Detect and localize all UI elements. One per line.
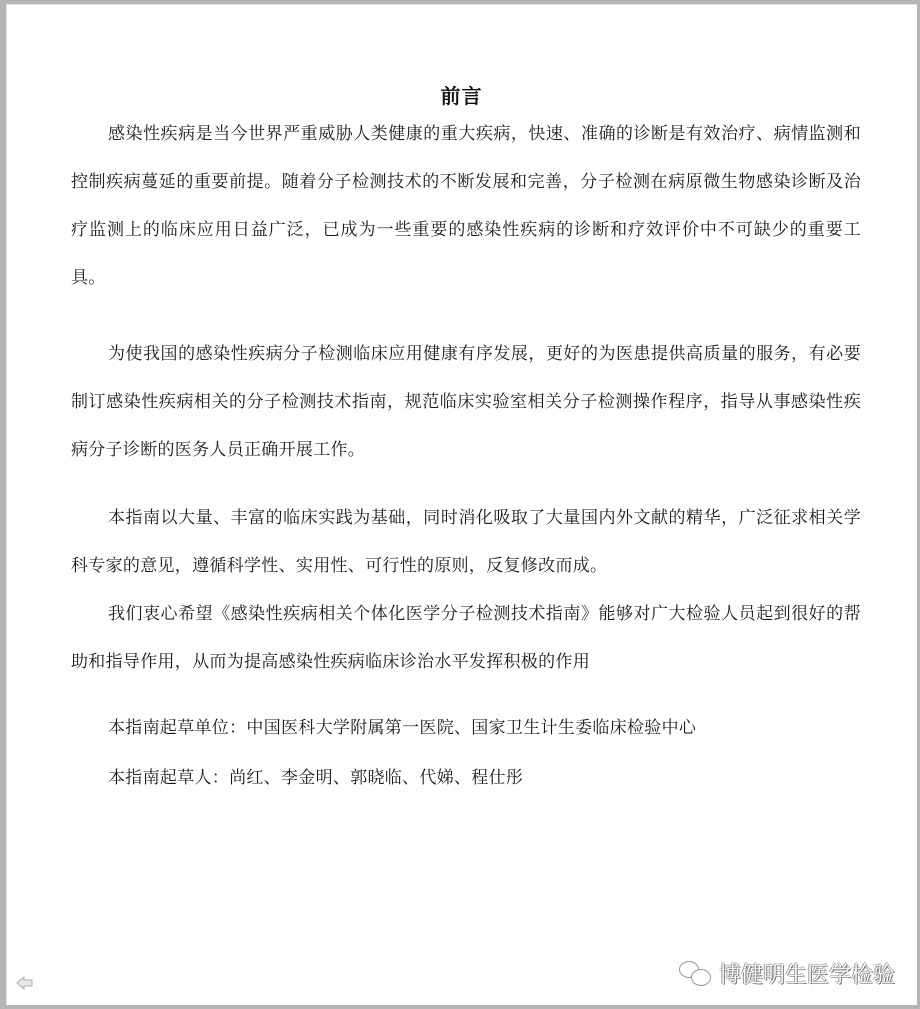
watermark: 博健明生医学检验 bbox=[679, 958, 895, 989]
paragraph-1: 感染性疾病是当今世界严重威胁人类健康的重大疾病，快速、准确的诊断是有效治疗、病情… bbox=[71, 110, 861, 302]
watermark-text: 博健明生医学检验 bbox=[719, 958, 895, 989]
back-arrow-icon[interactable] bbox=[16, 975, 34, 991]
drafters: 本指南起草人：尚红、李金明、郭晓临、代娣、程仕彤 bbox=[108, 763, 523, 788]
drafting-unit: 本指南起草单位：中国医科大学附属第一医院、国家卫生计生委临床检验中心 bbox=[108, 713, 696, 738]
paragraph-2: 为使我国的感染性疾病分子检测临床应用健康有序发展，更好的为医患提供高质量的服务，… bbox=[71, 330, 861, 474]
viewer-frame: 前言 感染性疾病是当今世界严重威胁人类健康的重大疾病，快速、准确的诊断是有效治疗… bbox=[0, 0, 920, 1009]
document-title: 前言 bbox=[6, 80, 917, 109]
paragraph-4: 我们衷心希望《感染性疾病相关个体化医学分子检测技术指南》能够对广大检验人员起到很… bbox=[71, 590, 861, 686]
wechat-icon bbox=[679, 961, 713, 987]
document-page: 前言 感染性疾病是当今世界严重威胁人类健康的重大疾病，快速、准确的诊断是有效治疗… bbox=[6, 4, 917, 1005]
paragraph-3: 本指南以大量、丰富的临床实践为基础，同时消化吸取了大量国内外文献的精华，广泛征求… bbox=[71, 494, 861, 590]
